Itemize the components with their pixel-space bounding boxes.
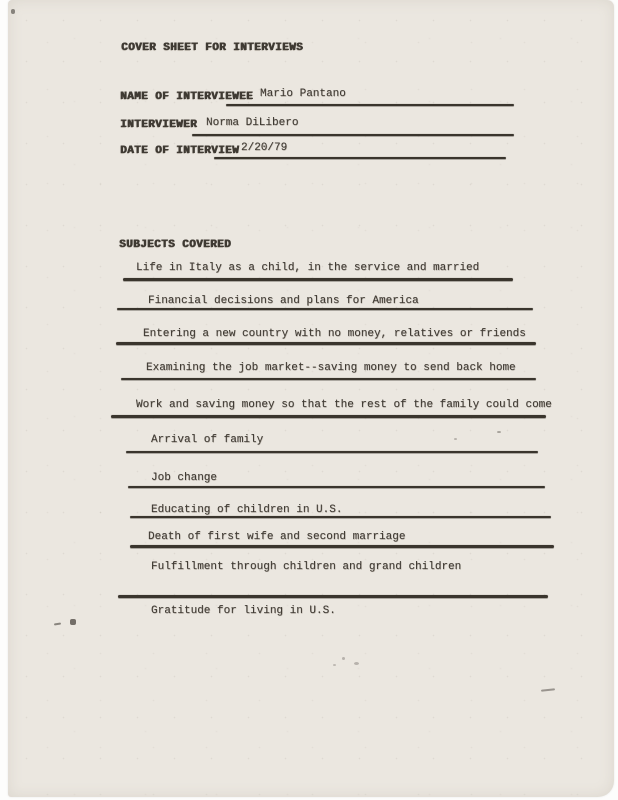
document-title: COVER SHEET FOR INTERVIEWS <box>121 42 303 55</box>
scan-smudge-mark <box>70 619 76 625</box>
scan-speck <box>497 431 501 433</box>
subject-text: Arrival of family <box>151 434 263 447</box>
scan-speck <box>454 438 457 440</box>
subject-text: Work and saving money so that the rest o… <box>136 399 552 412</box>
subject-text: Financial decisions and plans for Americ… <box>148 295 419 308</box>
subject-text: Fulfillment through children and grand c… <box>151 561 461 574</box>
scan-smudge-mark <box>541 688 555 691</box>
scan-speck <box>342 657 345 660</box>
subject-underline <box>130 516 551 518</box>
scan-speck <box>354 662 359 665</box>
field-value-interviewer: Norma DiLibero <box>206 117 298 130</box>
subject-text: Life in Italy as a child, in the service… <box>136 262 479 275</box>
field-label-interviewee: NAME OF INTERVIEWEE <box>120 91 253 104</box>
field-label-interviewer: INTERVIEWER <box>120 119 197 132</box>
subject-underline <box>126 451 538 453</box>
scan-smudge-mark <box>11 9 15 14</box>
field-underline <box>214 157 506 159</box>
subject-text: Job change <box>151 472 217 485</box>
scan-smudge-mark <box>54 623 61 626</box>
subject-underline <box>117 308 533 310</box>
subject-text: Gratitude for living in U.S. <box>151 605 336 618</box>
subject-text: Examining the job market--saving money t… <box>146 362 516 375</box>
scan-speck <box>333 664 336 666</box>
subject-underline <box>123 278 513 281</box>
subjects-heading: SUBJECTS COVERED <box>119 239 231 252</box>
scanned-document-page: COVER SHEET FOR INTERVIEWS NAME OF INTER… <box>8 0 614 797</box>
field-underline <box>226 104 514 106</box>
field-underline <box>192 134 514 136</box>
subject-text: Entering a new country with no money, re… <box>143 328 526 341</box>
subject-underline <box>130 545 554 548</box>
subject-underline <box>128 486 545 488</box>
subject-underline <box>116 342 536 345</box>
subject-underline <box>121 378 536 380</box>
field-value-interviewee: Mario Pantano <box>260 88 346 101</box>
subject-text: Death of first wife and second marriage <box>148 531 405 544</box>
field-value-date: 2/20/79 <box>241 142 287 155</box>
subject-underline <box>111 415 546 418</box>
subject-underline <box>118 595 548 598</box>
